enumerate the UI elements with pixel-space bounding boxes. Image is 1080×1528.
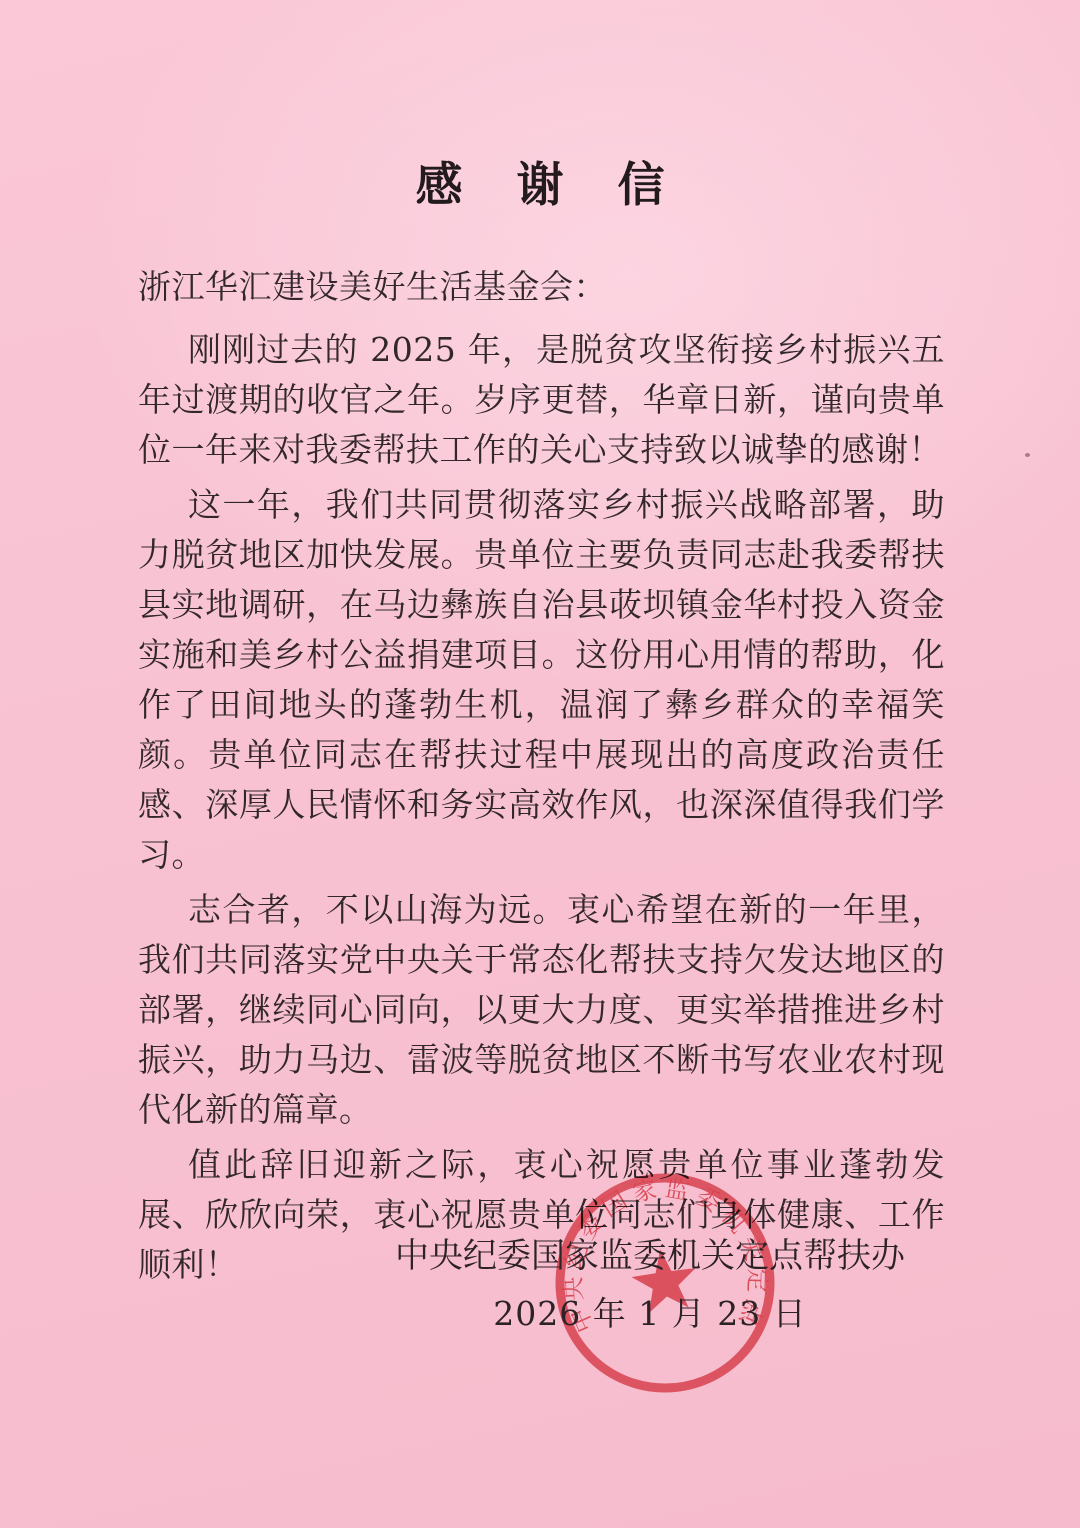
- letter-page: 感 谢 信 浙江华汇建设美好生活基金会： 刚刚过去的 2025 年，是脱贫攻坚衔…: [0, 0, 1080, 1528]
- dust-speck: [1025, 453, 1030, 457]
- signature-org: 中央纪委国家监委机关定点帮扶办: [380, 1228, 920, 1285]
- signature-date: 2026 年 1 月 23 日: [380, 1285, 920, 1342]
- letter-title: 感 谢 信: [0, 148, 1080, 215]
- letter-paragraph-2: 这一年，我们共同贯彻落实乡村振兴战略部署，助力脱贫地区加快发展。贵单位主要负责同…: [138, 480, 945, 880]
- letter-paragraph-3: 志合者，不以山海为远。衷心希望在新的一年里，我们共同落实党中央关于常态化帮扶支持…: [138, 885, 945, 1135]
- letter-salutation: 浙江华汇建设美好生活基金会：: [138, 262, 945, 312]
- letter-body: 浙江华汇建设美好生活基金会： 刚刚过去的 2025 年，是脱贫攻坚衔接乡村振兴五…: [138, 262, 945, 1295]
- letter-paragraph-1: 刚刚过去的 2025 年，是脱贫攻坚衔接乡村振兴五年过渡期的收官之年。岁序更替，…: [138, 325, 945, 475]
- signature-block: 中央纪委国家监委机关定点帮扶办 2026 年 1 月 23 日: [380, 1228, 920, 1342]
